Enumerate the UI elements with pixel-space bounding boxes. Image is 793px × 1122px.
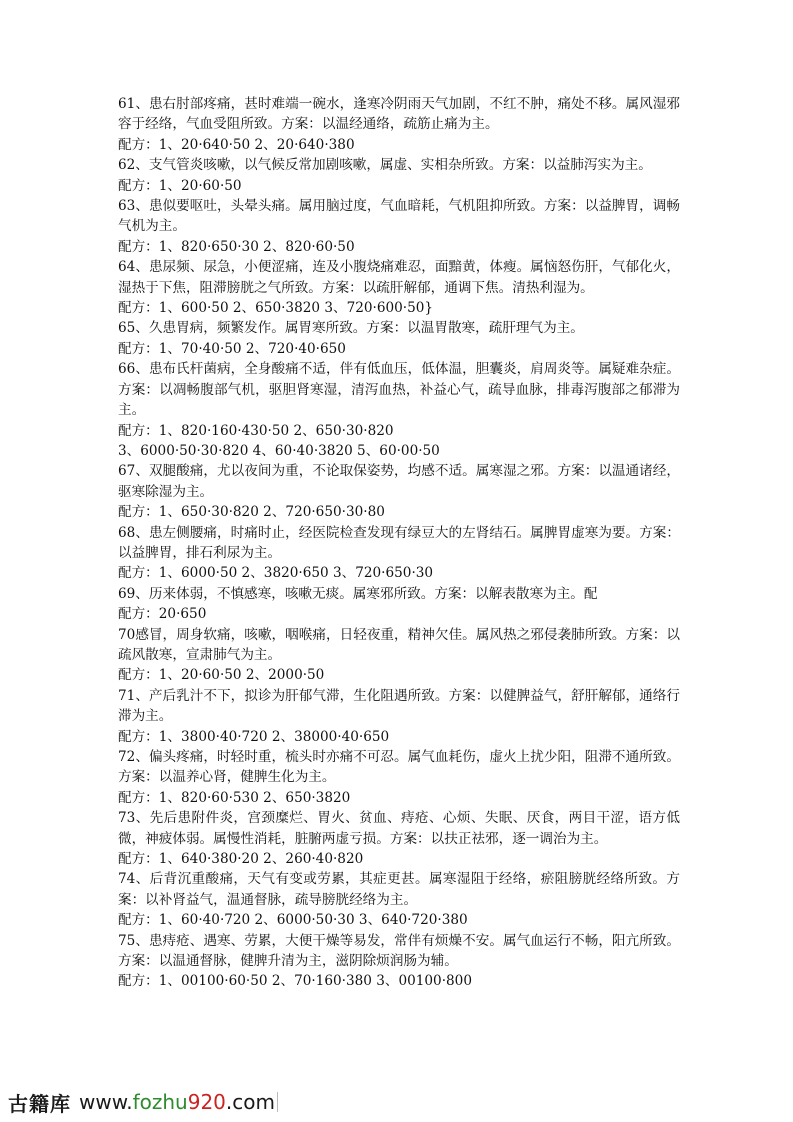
case-62-formula: 配方：1、20·60·50 <box>118 176 680 196</box>
case-66-description: 66、患布氏杆菌病，全身酸痛不适，伴有低血压，低体温，胆囊炎，肩周炎等。属疑难杂… <box>118 359 680 420</box>
case-66-formula: 配方：1、820·160·430·50 2、650·30·820 <box>118 421 680 441</box>
case-66-formula-continued: 3、6000·50·30·820 4、60·40·3820 5、60·00·50 <box>118 441 680 461</box>
case-61-formula: 配方：1、20·640·50 2、20·640·380 <box>118 135 680 155</box>
case-71-formula: 配方：1、3800·40·720 2、38000·40·650 <box>118 727 680 747</box>
watermark-url-prefix: www. <box>79 1090 133 1114</box>
watermark-divider <box>277 1092 278 1112</box>
case-74-description: 74、后背沉重酸痛，天气有变或劳累，其症更甚。属寒湿阻于经络，瘀阻膀胱经络所致。… <box>118 869 680 910</box>
case-62-description: 62、支气管炎咳嗽，以气候反常加剧咳嗽，属虚、实相杂所致。方案：以益肺泻实为主。 <box>118 155 680 175</box>
case-72-description: 72、偏头疼痛，时轻时重，梳头时亦痛不可忍。属气血耗伤，虚火上扰少阳，阻滞不通所… <box>118 747 680 788</box>
case-63-description: 63、患似要呕吐，头晕头痛。属用脑过度，气血暗耗，气机阻抑所致。方案：以益脾胃，… <box>118 196 680 237</box>
case-72-formula: 配方：1、820·60·530 2、650·3820 <box>118 788 680 808</box>
case-69-description: 69、历来体弱，不慎感寒，咳嗽无痰。属寒邪所致。方案：以解表散寒为主。配 <box>118 584 680 604</box>
case-73-description: 73、先后患附件炎，宫颈糜烂、胃火、贫血、痔疮、心烦、失眠、厌食，两目干涩，语方… <box>118 808 680 849</box>
watermark-site-name: 古籍库 <box>8 1088 71 1117</box>
case-75-formula: 配方：1、00100·60·50 2、70·160·380 3、00100·80… <box>118 971 680 991</box>
case-64-description: 64、患尿频、尿急，小便涩痛，连及小腹烧痛难忍，面黯黄，体瘦。属恼怒伤肝，气郁化… <box>118 257 680 298</box>
case-65-formula: 配方：1、70·40·50 2、720·40·650 <box>118 339 680 359</box>
watermark-url-red: 920 <box>188 1090 226 1114</box>
case-70-formula: 配方：1、20·60·50 2、2000·50 <box>118 665 680 685</box>
case-65-description: 65、久患胃病，频繁发作。属胃寒所致。方案：以温胃散寒，疏肝理气为主。 <box>118 318 680 338</box>
case-63-formula: 配方：1、820·650·30 2、820·60·50 <box>118 237 680 257</box>
case-71-description: 71、产后乳汁不下，拟诊为肝郁气滞，生化阻遇所致。方案：以健脾益气，舒肝解郁，通… <box>118 686 680 727</box>
case-74-formula: 配方：1、60·40·720 2、6000·50·30 3、640·720·38… <box>118 910 680 930</box>
case-64-formula: 配方：1、600·50 2、650·3820 3、720·600·50} <box>118 298 680 318</box>
case-68-description: 68、患左侧腰痛，时痛时止，经医院检查发现有绿豆大的左肾结石。属脾胃虚寒为要。方… <box>118 523 680 564</box>
watermark-url-green: fozhu <box>133 1090 188 1114</box>
case-67-formula: 配方：1、650·30·820 2、720·650·30·80 <box>118 502 680 522</box>
site-watermark: 古籍库 www.fozhu920.com <box>8 1088 278 1116</box>
case-61-description: 61、患右肘部疼痛，甚时难端一碗水，逢寒冷阴雨天气加剧，不红不肿，痛处不移。属风… <box>118 94 680 135</box>
document-page: 61、患右肘部疼痛，甚时难端一碗水，逢寒冷阴雨天气加剧，不红不肿，痛处不移。属风… <box>118 94 680 992</box>
case-70-description: 70感冒，周身软痛，咳嗽，咽喉痛，日轻夜重，精神欠佳。属风热之邪侵袭肺所致。方案… <box>118 625 680 666</box>
case-73-formula: 配方：1、640·380·20 2、260·40·820 <box>118 849 680 869</box>
case-75-description: 75、患痔疮、遇寒、劳累，大便干燥等易发，常伴有烦燥不安。属气血运行不畅，阳亢所… <box>118 931 680 972</box>
case-68-formula: 配方：1、6000·50 2、3820·650 3、720·650·30 <box>118 563 680 583</box>
case-67-description: 67、双腿酸痛，尤以夜间为重，不论取保姿势，均感不适。属寒湿之邪。方案：以温通诸… <box>118 461 680 502</box>
watermark-url-suffix: .com <box>226 1090 275 1114</box>
case-69-formula: 配方：20·650 <box>118 604 680 624</box>
